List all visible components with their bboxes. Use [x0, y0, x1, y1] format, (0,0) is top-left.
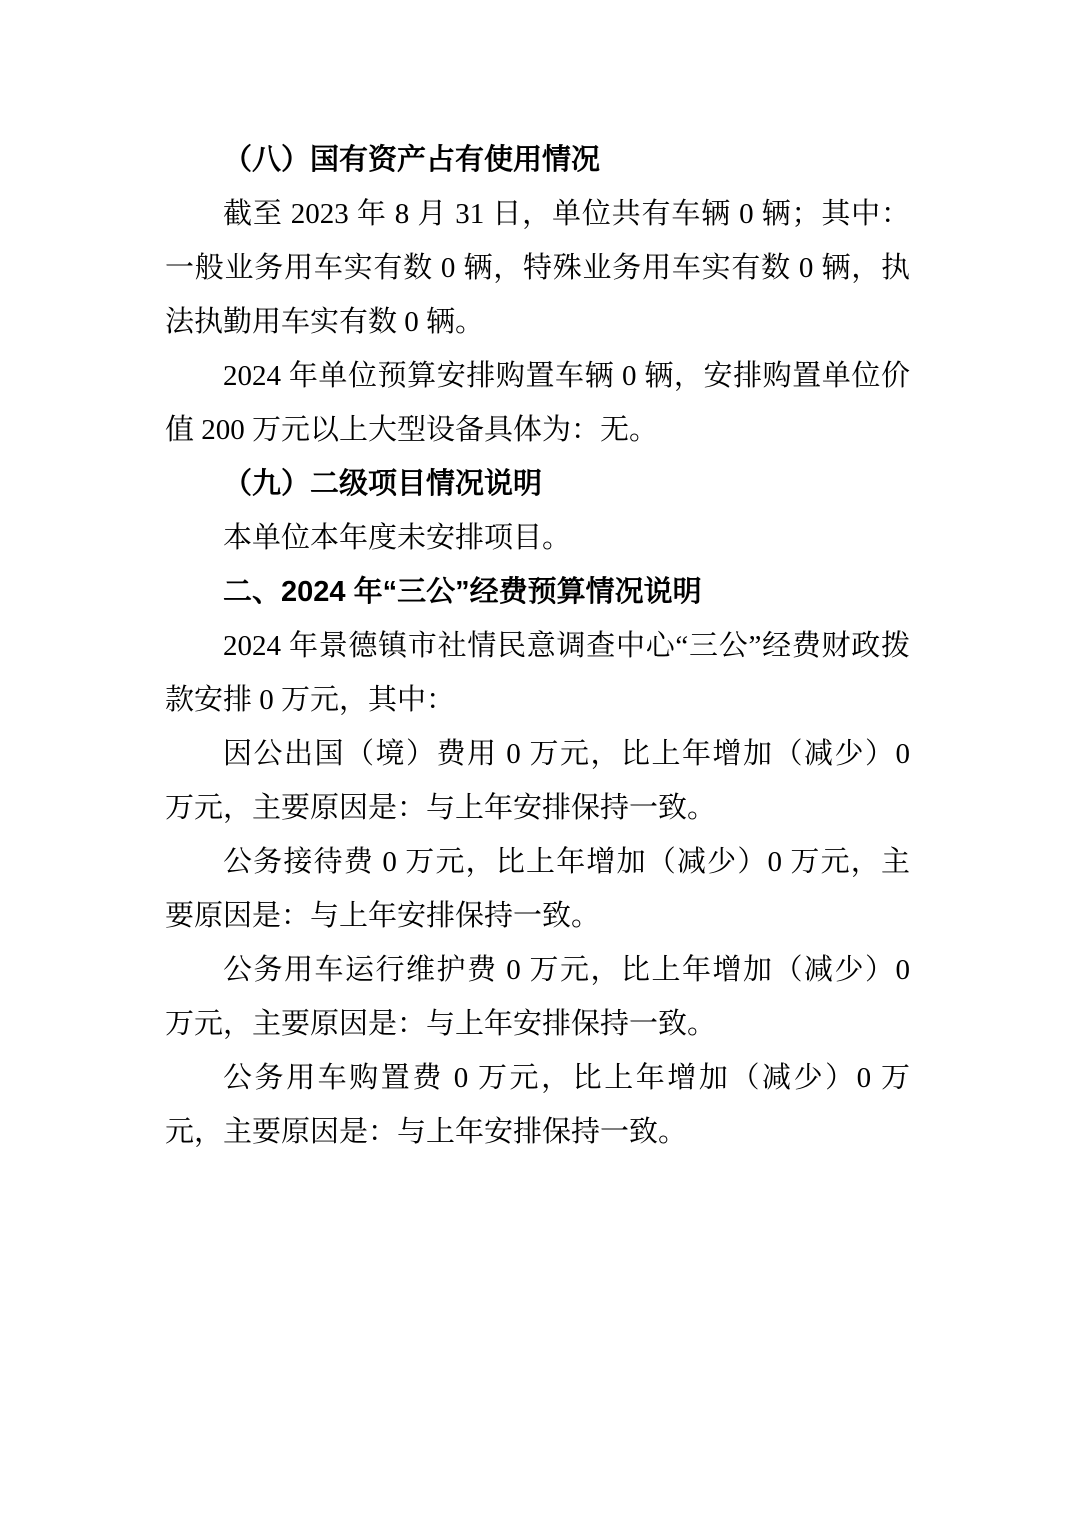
paragraph-vehicle-purchase-expense: 公务用车购置费 0 万元，比上年增加（减少）0 万元，主要原因是：与上年安排保持…: [165, 1051, 910, 1159]
paragraph-no-projects: 本单位本年度未安排项目。: [165, 511, 910, 565]
paragraph-three-public-total: 2024 年景德镇市社情民意调查中心“三公”经费财政拨款安排 0 万元，其中：: [165, 619, 910, 727]
paragraph-2024-vehicle-equipment-budget: 2024 年单位预算安排购置车辆 0 辆，安排购置单位价值 200 万元以上大型…: [165, 349, 910, 457]
section-heading-state-assets: （八）国有资产占有使用情况: [165, 133, 910, 187]
paragraph-official-reception-expense: 公务接待费 0 万元，比上年增加（减少）0 万元，主要原因是：与上年安排保持一致…: [165, 835, 910, 943]
paragraph-vehicle-operation-maintenance-expense: 公务用车运行维护费 0 万元，比上年增加（减少）0 万元，主要原因是：与上年安排…: [165, 943, 910, 1051]
paragraph-vehicle-counts: 截至 2023 年 8 月 31 日，单位共有车辆 0 辆；其中：一般业务用车实…: [165, 187, 910, 349]
paragraph-overseas-travel-expense: 因公出国（境）费用 0 万元，比上年增加（减少）0 万元，主要原因是：与上年安排…: [165, 727, 910, 835]
section-heading-secondary-projects: （九）二级项目情况说明: [165, 457, 910, 511]
document-page: （八）国有资产占有使用情况 截至 2023 年 8 月 31 日，单位共有车辆 …: [0, 0, 1074, 1520]
section-heading-three-public-expenses: 二、2024 年“三公”经费预算情况说明: [165, 565, 910, 619]
